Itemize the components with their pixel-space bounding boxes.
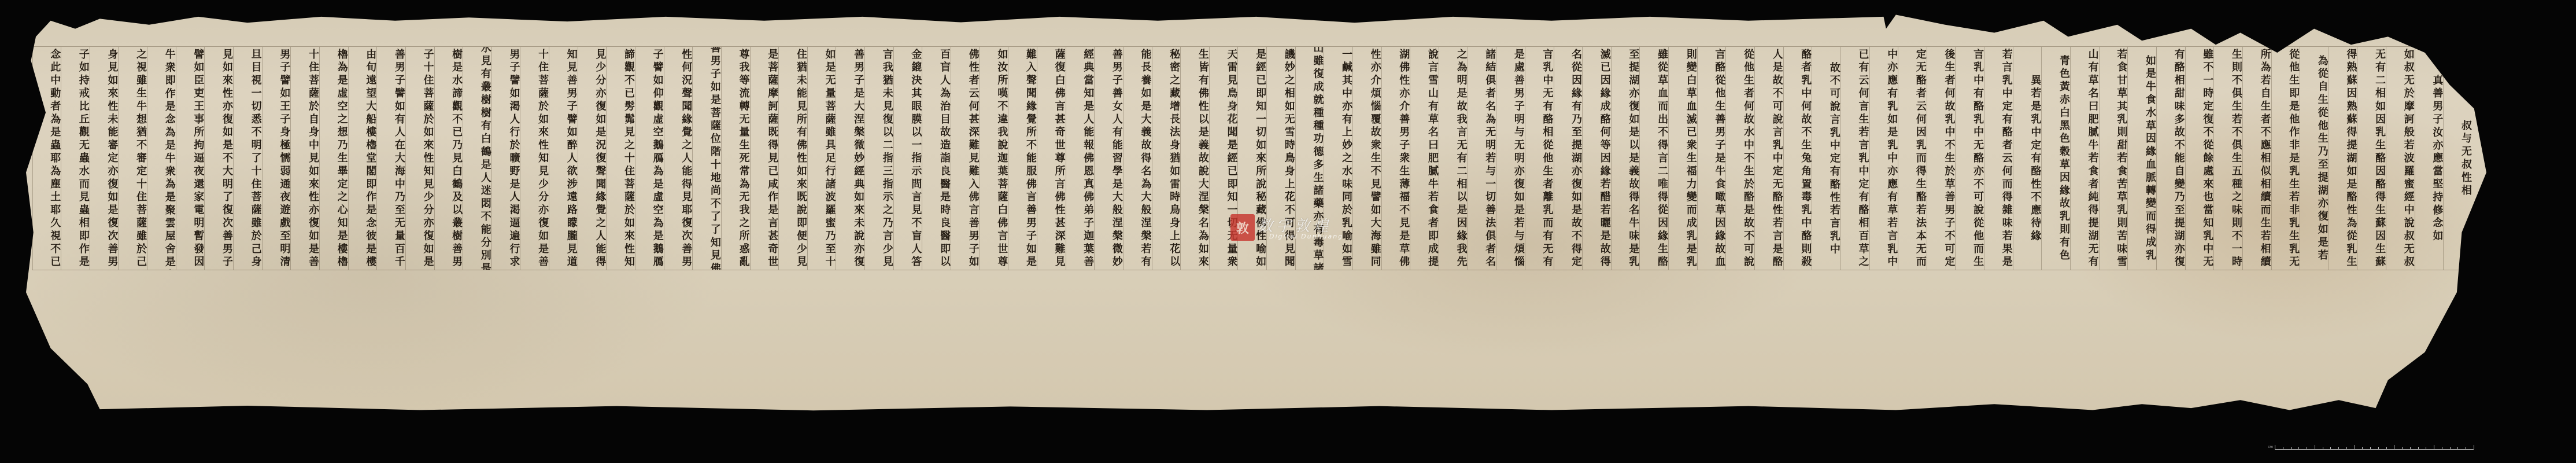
text-column: 雖從草血而出不得言二唯得從因緣生酪	[1639, 47, 1668, 270]
text-column: 金鎞決其眼膜以一指示問言見不盲人答	[893, 47, 922, 270]
text-column: 山有草名曰肥膩牛若食者純得提湖无有	[2070, 47, 2099, 270]
scale-minor-tick	[2323, 447, 2323, 449]
scale-minor-tick	[2386, 447, 2387, 449]
text-column: 善男子譬如有人在大海中乃至无量百千	[376, 47, 405, 270]
scale-minor-tick	[2291, 447, 2292, 449]
scale-minor-tick	[2402, 447, 2403, 449]
text-column: 滅已因緣成酪何等因緣若醋若曬是故得	[1582, 47, 1611, 270]
scale-minor-tick	[2457, 447, 2458, 449]
text-column: 從他生者何故水中不生於酪是故不可說	[1725, 47, 1754, 270]
text-column: 念此中動者為是蟲耶為塵土耶久視不已	[32, 47, 61, 270]
text-column: 性亦介煩惱覆故衆生不見譬如大海雖同	[1352, 47, 1381, 270]
dunhuang-seal-icon: 敦	[1230, 214, 1255, 241]
text-column: 十住菩薩於自身中見如來性亦復如是善	[290, 47, 319, 270]
text-column: 所為若自生者不應相似相續而生若相續	[2242, 47, 2271, 270]
scale-minor-tick	[2378, 447, 2379, 449]
text-column: 能長養如是大義故得名為大般涅槃若有	[1123, 47, 1152, 270]
text-column: 已有云何言生若言乳中定有酪相百草之	[1840, 47, 1869, 270]
text-column: 有酪相甜味多故不能自變乃至提湖亦復	[2156, 47, 2185, 270]
text-column: 言酪從他生善男子是牛食噉草因緣故血	[1697, 47, 1726, 270]
text-column: 酪者乳中何故不生兔角置毒乳中酪則殺	[1783, 47, 1812, 270]
text-column: 為從自生從他生乃至提湖亦復如是若	[2300, 47, 2329, 270]
scale-minor-tick	[2450, 447, 2451, 449]
text-column: 異若是乳中定有酪性不應待緣	[2013, 47, 2042, 270]
text-column: 佛性者云何甚深難見難入佛言善男子如	[951, 47, 980, 270]
text-column: 從他生即是他作非是乳生若非乳生乳无	[2271, 47, 2300, 270]
text-column: 薩復白佛言甚奇世尊所言佛性甚深難見	[1037, 47, 1066, 270]
text-column: 言我猶未見復以二指三指示之乃言少見	[864, 47, 893, 270]
scale-unit-label: cm	[2268, 445, 2273, 449]
text-column: 生皆有佛性以是義故說大涅槃名為如來	[1180, 47, 1209, 270]
text-column: 言乳中有酪乳中无酪亦不可說從他而生	[1955, 47, 1984, 270]
scale-major-tick	[2434, 445, 2434, 449]
text-column: 由旬遠望大船樓櫓堂閣即作是念彼是樓	[348, 47, 377, 270]
text-column: 之為明是故我言无有二相以是因緣我先	[1439, 47, 1468, 270]
text-column: 身見如來性未能審定亦復如是復次善男	[90, 47, 119, 270]
scale-minor-tick	[2283, 447, 2283, 449]
text-column: 叔与无叔性相	[2443, 47, 2472, 270]
text-column: 至提湖亦復如是以是義故得名牛味是乳	[1611, 47, 1640, 270]
text-column: 是處善男子明与无明亦復如是若与煩惱	[1496, 47, 1525, 270]
text-column: 雖不一時定復不從餘處來也當知乳中无	[2185, 47, 2214, 270]
scale-major-tick	[2394, 445, 2394, 449]
scale-minor-tick	[2362, 447, 2363, 449]
text-column: 見牛衆即作是念為是牛衆為是聚雲屋舍是人	[147, 47, 176, 270]
text-column: 如叔无於摩訶般若波羅蜜經中說叔无叔	[2386, 47, 2415, 270]
text-column: 十住菩薩於如來性知見少分亦復如是善	[520, 47, 549, 270]
text-column: 善男子善女人有能習學是大般涅槃微妙	[1094, 47, 1123, 270]
text-column: 定无酪者云何因乳而得生酪若法本无而	[1898, 47, 1927, 270]
text-column: 是菩薩摩訶薩既得見已咸作是言甚奇世	[750, 47, 779, 270]
text-column: 男子譬如王子身極懦弱通夜遊戲至明清	[262, 47, 291, 270]
scale-major-tick	[2275, 445, 2275, 449]
scale-minor-tick	[2410, 447, 2411, 449]
scale-minor-tick	[2346, 447, 2347, 449]
text-column: 名從因緣有乃至提湖亦復如是故不得定	[1554, 47, 1583, 270]
text-column: 子十住菩薩於如來性知見少分亦復如是	[405, 47, 434, 270]
scale-minor-tick	[2418, 447, 2419, 449]
text-column: 如是牛食水草因緣血脈轉變而得成乳	[2127, 47, 2156, 270]
text-column: 住猶未能見所有佛性如來既說即便少見	[778, 47, 807, 270]
scale-minor-tick	[2307, 447, 2307, 449]
text-column: 見如來性亦復如是不大明了復次善男子	[204, 47, 233, 270]
text-column: 百盲人為治目故造詣良醫是時良醫即以	[922, 47, 951, 270]
scale-minor-tick	[2370, 447, 2371, 449]
scale-major-tick	[2355, 445, 2355, 449]
text-column: 得熟蘇因熟蘇得提湖如是酪性為從乳生	[2329, 47, 2357, 270]
text-column: 性何況聲聞緣覺之人能得見耶復次善男	[664, 47, 693, 270]
text-column: 後生者何故乳中不生於草善男子不可定	[1927, 47, 1956, 270]
text-column: 善男子如是菩薩位階十地尚不了了知見佛	[692, 47, 721, 270]
scale-major-tick	[2315, 445, 2315, 449]
scale-minor-tick	[2426, 447, 2426, 449]
scale-minor-tick	[2330, 447, 2331, 449]
text-column: 難入聲聞緣覺所不能服佛言善男子如是	[1008, 47, 1037, 270]
text-column: 如是无量菩薩雖具足行諸波羅蜜乃至十	[807, 47, 836, 270]
text-column: 善男子是大涅槃微妙經典如來未說亦復	[836, 47, 864, 270]
text-column: 說言雪山有草名曰肥膩牛若食者即成提	[1410, 47, 1439, 270]
text-column: 櫓為是虛空之想乃生畢定之心知是樓櫓	[319, 47, 348, 270]
text-column: 子如持戒比丘觀无蟲水而見蟲相即作是	[61, 47, 90, 270]
viewer-background: 叔与无叔性相真善男子汝亦應當堅持修念如如叔无於摩訶般若波羅蜜經中說叔无叔无有二相…	[0, 0, 2576, 463]
text-column: 水見有叢樹樹有白鶴是人迷悶不能分別是	[463, 47, 491, 270]
text-column: 真善男子汝亦應當堅持修念如	[2415, 47, 2444, 270]
text-column: 湖佛性亦介善男子衆生薄福不見是草佛	[1381, 47, 1410, 270]
scale-minor-tick	[2442, 447, 2442, 449]
text-column: 言乳中无有酪相從他生者離乳而有无有	[1525, 47, 1554, 270]
text-column: 譬如臣吏王事所拘逼夜還家電明暫發因	[176, 47, 205, 270]
manuscript-scroll: 叔与无叔性相真善男子汝亦應當堅持修念如如叔无於摩訶般若波羅蜜經中說叔无叔无有二相…	[26, 13, 2486, 412]
text-column: 无有二相如因乳生酪因酪得生蘇因生蘇	[2357, 47, 2386, 270]
text-column: 男子譬如渇人行於曠野是人渇逼遍行求	[491, 47, 520, 270]
centimeter-scale-bar: cm	[2275, 444, 2480, 453]
text-column: 則變白草血滅已衆生福力變而成乳是乳	[1668, 47, 1697, 270]
text-column: 經典當知是人能報佛恩真佛弟子迦葉善	[1066, 47, 1095, 270]
scale-minor-tick	[2298, 447, 2299, 449]
scale-minor-tick	[2466, 447, 2466, 449]
text-column: 中亦應有乳如是乳中亦應有草若言乳中	[1869, 47, 1898, 270]
text-column: 如汝所嘆不違我說迦葉菩薩白佛言世尊	[980, 47, 1008, 270]
text-column: 秘密之藏增長法身猶如雷時鳥身上花以	[1152, 47, 1181, 270]
text-column: 諸結俱者名為无明若与一切善法俱者名	[1468, 47, 1496, 270]
watermark-subtitle: Digital Dunhuang	[1269, 233, 1343, 240]
scale-major-tick	[2474, 445, 2474, 449]
scale-line	[2275, 449, 2474, 450]
text-column: 旦目視一切悉不明了十住菩薩雖於己身	[233, 47, 262, 270]
text-column: 知見善男子譬如醉人欲涉遠路矇朧見道	[549, 47, 578, 270]
text-column: 見少分亦復如是況復聲聞緣覺之人能得	[578, 47, 607, 270]
text-column: 子譬如仰觀虛空鵝鴈為是虛空為是鵝鴈	[635, 47, 664, 270]
text-column: 之視雖生牛想猶不審定十住菩薩雖於己	[118, 47, 147, 270]
text-column: 生則不俱生若不俱生五種之味則不一時	[2213, 47, 2242, 270]
text-column: 若言乳中定有酪者云何而得雜味若果是	[1984, 47, 2013, 270]
text-column: 若食甘草其乳則甜若食苦草乳則苦味雪	[2099, 47, 2128, 270]
text-column: 青色黃赤白黑色穀草因緣故乳則有色	[2041, 47, 2070, 270]
scale-minor-tick	[2338, 447, 2339, 449]
text-column: 故不可說言乳中定有酪性若言乳中	[1812, 47, 1840, 270]
text-column: 樹是水諦觀不已乃見白鶴及以叢樹善男	[434, 47, 463, 270]
text-column: 諦觀不已髣髴見之十住菩薩於如來性知	[606, 47, 635, 270]
text-column: 人是故不可說言乳中定无酪性若言是酪	[1754, 47, 1783, 270]
text-column: 尊我等流轉无量生死常為无我之所惑亂	[721, 47, 750, 270]
